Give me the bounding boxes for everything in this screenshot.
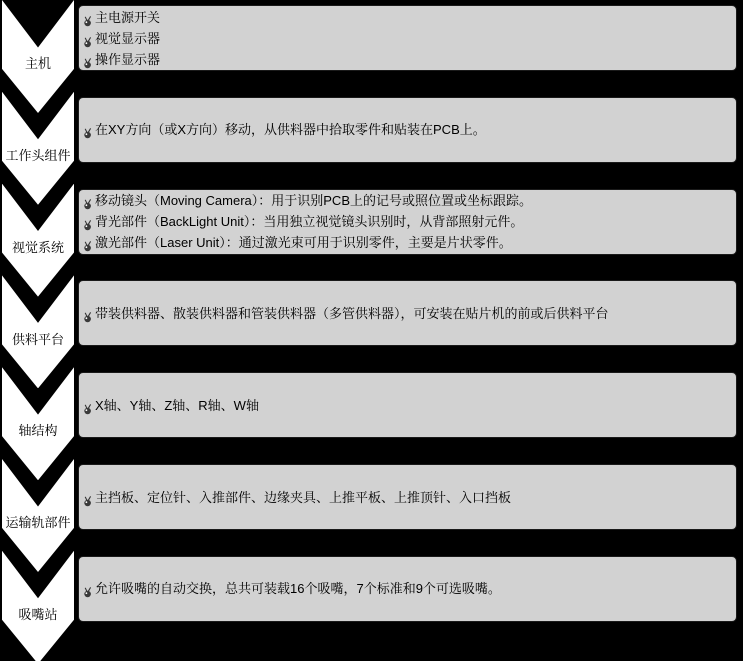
item-text: 允许吸嘴的自动交换，总共可装载16个吸嘴，7个标准和9个可选吸嘴。 (95, 578, 728, 599)
content-box: X轴、Y轴、Z轴、R轴、W轴 (78, 372, 737, 438)
item-text: 主电源开关 (95, 7, 728, 28)
hand-bullet-icon (83, 54, 93, 65)
list-item: 激光部件（Laser Unit）：通过激光束可用于识别零件，主要是片状零件。 (83, 232, 728, 253)
hand-bullet-icon (83, 308, 93, 319)
content-box: 允许吸嘴的自动交换，总共可装载16个吸嘴，7个标准和9个可选吸嘴。 (78, 556, 737, 622)
item-text: X轴、Y轴、Z轴、R轴、W轴 (95, 395, 728, 416)
list-item: 移动镜头（Moving Camera）：用于识别PCB上的记号或照位置或坐标跟踪… (83, 190, 728, 211)
list-item: 背光部件（BackLight Unit）：当用独立视觉镜头识别时，从背部照射元件… (83, 211, 728, 232)
item-text: 在XY方向（或X方向）移动，从供料器中拾取零件和贴装在PCB上。 (95, 119, 728, 140)
item-text: 带装供料器、散装供料器和管装供料器（多管供料器），可安装在贴片机的前或后供料平台 (95, 303, 728, 324)
item-text: 主挡板、定位针、入推部件、边缘夹具、上推平板、上推顶针、入口挡板 (95, 487, 728, 508)
hand-bullet-icon (83, 492, 93, 503)
chevron-label: 主机 (2, 53, 74, 72)
hand-bullet-icon (83, 124, 93, 135)
content-box: 移动镜头（Moving Camera）：用于识别PCB上的记号或照位置或坐标跟踪… (78, 189, 737, 255)
hand-bullet-icon (83, 12, 93, 23)
hand-bullet-icon (83, 216, 93, 227)
hand-bullet-icon (83, 33, 93, 44)
content-box: 主挡板、定位针、入推部件、边缘夹具、上推平板、上推顶针、入口挡板 (78, 464, 737, 530)
list-item: 在XY方向（或X方向）移动，从供料器中拾取零件和贴装在PCB上。 (83, 119, 728, 140)
content-box: 主电源开关视觉显示器操作显示器 (78, 5, 737, 71)
list-item: X轴、Y轴、Z轴、R轴、W轴 (83, 395, 728, 416)
component-structure-diagram: 主机主电源开关视觉显示器操作显示器工作头组件在XY方向（或X方向）移动，从供料器… (0, 0, 743, 661)
item-text: 背光部件（BackLight Unit）：当用独立视觉镜头识别时，从背部照射元件… (95, 211, 728, 232)
content-box: 在XY方向（或X方向）移动，从供料器中拾取零件和贴装在PCB上。 (78, 97, 737, 163)
list-item: 视觉显示器 (83, 28, 728, 49)
content-box: 带装供料器、散装供料器和管装供料器（多管供料器），可安装在贴片机的前或后供料平台 (78, 280, 737, 346)
item-text: 移动镜头（Moving Camera）：用于识别PCB上的记号或照位置或坐标跟踪… (95, 190, 728, 211)
chevron-down-arrow: 主机 (2, 0, 74, 113)
chevron-label: 轴结构 (2, 420, 74, 439)
list-item: 带装供料器、散装供料器和管装供料器（多管供料器），可安装在贴片机的前或后供料平台 (83, 303, 728, 324)
item-text: 视觉显示器 (95, 28, 728, 49)
hand-bullet-icon (83, 237, 93, 248)
chevron-label: 运输轨部件 (2, 512, 74, 531)
chevron-label: 视觉系统 (2, 237, 74, 256)
chevron-label: 供料平台 (2, 329, 74, 348)
list-item: 操作显示器 (83, 49, 728, 70)
list-item: 允许吸嘴的自动交换，总共可装载16个吸嘴，7个标准和9个可选吸嘴。 (83, 578, 728, 599)
hand-bullet-icon (83, 400, 93, 411)
item-text: 操作显示器 (95, 49, 728, 70)
item-text: 激光部件（Laser Unit）：通过激光束可用于识别零件，主要是片状零件。 (95, 232, 728, 253)
list-item: 主挡板、定位针、入推部件、边缘夹具、上推平板、上推顶针、入口挡板 (83, 487, 728, 508)
hand-bullet-icon (83, 583, 93, 594)
chevron-label: 工作头组件 (2, 145, 74, 164)
chevron-label: 吸嘴站 (2, 604, 74, 623)
list-item: 主电源开关 (83, 7, 728, 28)
hand-bullet-icon (83, 195, 93, 206)
